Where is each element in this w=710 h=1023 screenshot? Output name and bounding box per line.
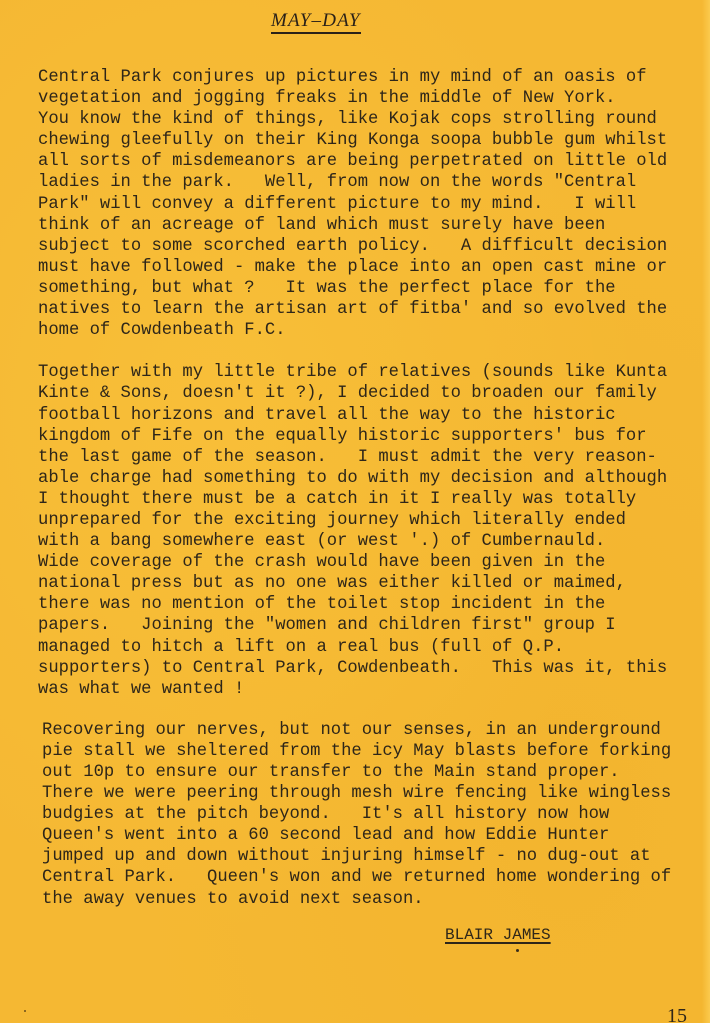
page-number: 15 [667,1005,687,1023]
paragraph-1: Central Park conjures up pictures in my … [38,67,710,341]
paragraph-2: Together with my little tribe of relativ… [38,362,710,700]
paper-speck [24,1010,26,1012]
article-body: Central Park conjures up pictures in my … [38,67,710,910]
author-signature: BLAIR JAMES [445,926,551,944]
paragraph-3: Recovering our nerves, but not our sense… [42,720,710,910]
article-title: MAY–DAY [271,11,361,34]
ink-dot [516,949,519,952]
